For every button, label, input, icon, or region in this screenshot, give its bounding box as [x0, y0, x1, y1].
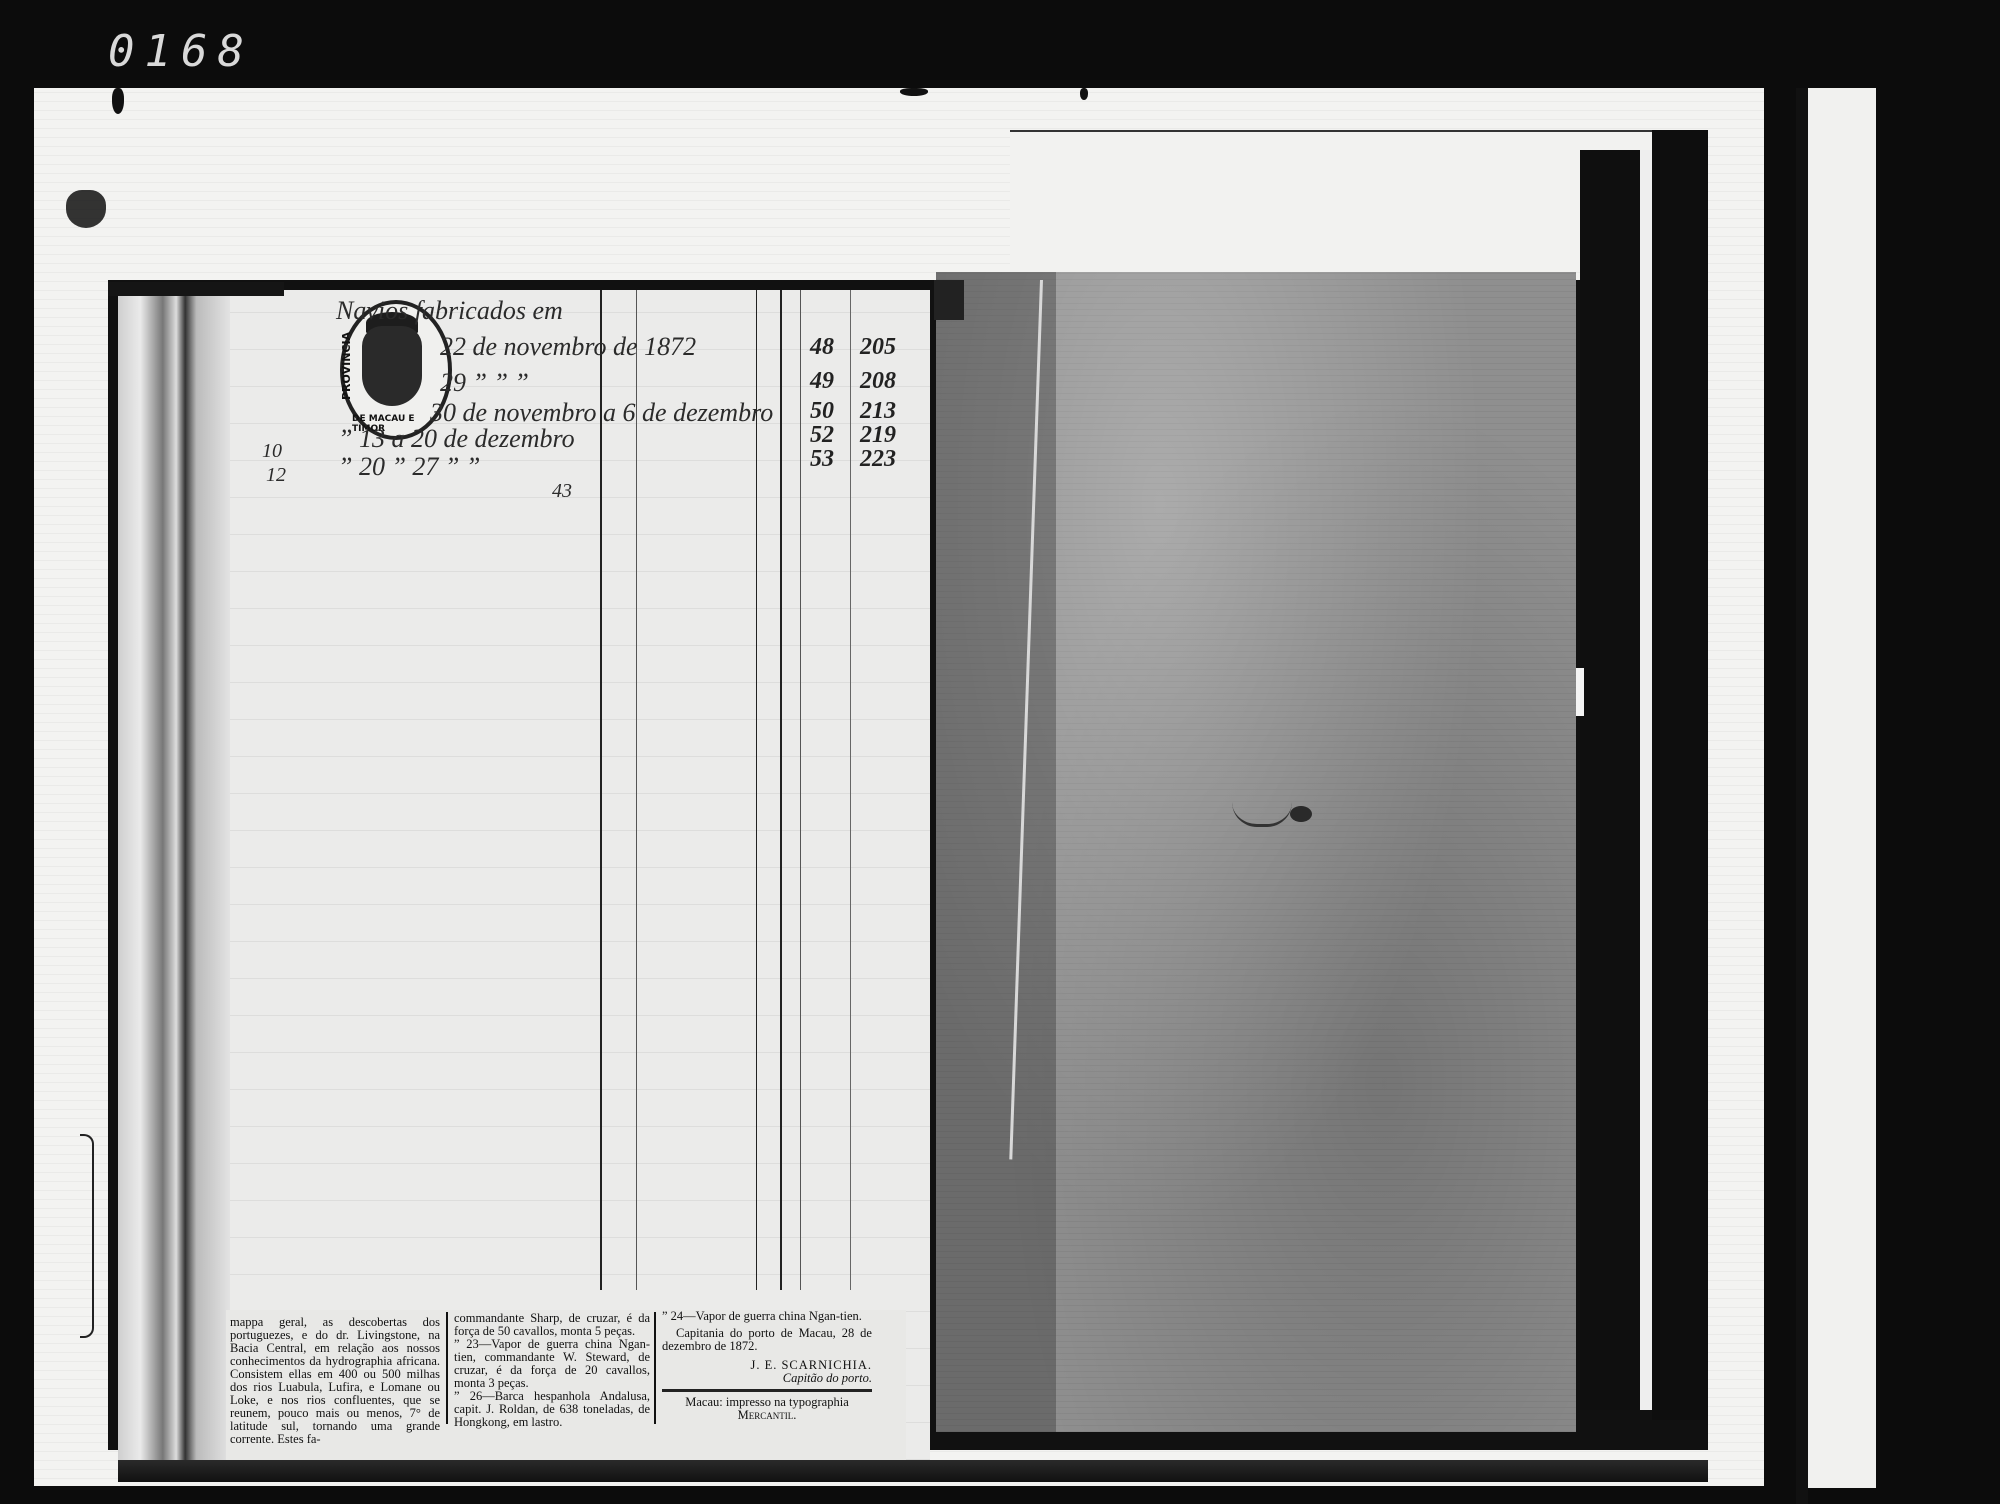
film-bottom-border: [0, 1486, 2000, 1504]
film-left-border: [0, 0, 34, 1504]
shipping-entry: commandante Sharp, de cruzar, é da força…: [454, 1312, 650, 1338]
column-divider: [446, 1312, 448, 1424]
column-divider: [654, 1312, 656, 1424]
column-rule: [756, 290, 757, 1290]
margin-note: 10: [262, 440, 282, 463]
ledger-row-col-b: 205: [860, 334, 896, 361]
bracket-mark: [80, 1134, 94, 1338]
ledger-row-date: 22 de novembro de 1872: [440, 332, 696, 362]
ledger-page: [118, 290, 930, 1460]
ledger-row-col-b: 219: [860, 422, 896, 449]
imprint-name: Mercantil.: [662, 1409, 872, 1422]
film-right-border: [1876, 0, 2000, 1504]
margin-note: 12: [266, 464, 286, 487]
ledger-row-date: 29 ” ” ”: [440, 368, 529, 398]
column-rule: [636, 290, 637, 1290]
film-right-strip: [1808, 88, 1876, 1488]
book-bottom-edge: [118, 1460, 1708, 1482]
ledger-row-col-b: 208: [860, 368, 896, 395]
clipping-column-3: ” 24—Vapor de guerra china Ngan-tien. Ca…: [662, 1310, 872, 1422]
stray-mark: 43: [552, 480, 572, 503]
ledger-row-col-a: 48: [810, 334, 834, 361]
footer-rule: [662, 1389, 872, 1392]
ledger-row-col-a: 50: [810, 398, 834, 425]
clipping-column-1: mappa geral, as descobertas dos portugue…: [230, 1316, 440, 1446]
ledger-binding-margin: [118, 290, 230, 1460]
shipping-entry: ” 24—Vapor de guerra china Ngan-tien.: [662, 1310, 872, 1323]
column-rule: [850, 290, 851, 1290]
book-page-edge: [1640, 150, 1652, 1410]
shipping-entry: ” 26—Barca hespanhola Andalusa, capit. J…: [454, 1390, 650, 1429]
ledger-row-col-b: 213: [860, 398, 896, 425]
ink-smudge: [112, 88, 124, 114]
ledger-row-col-a: 49: [810, 368, 834, 395]
stamp-top-text: PROVINCIA: [340, 332, 353, 400]
ledger-row-date: ” 13 a 20 de dezembro: [338, 424, 575, 454]
ledger-top-bar: [108, 282, 284, 296]
column-rule: [800, 290, 801, 1290]
ink-smudge: [1080, 88, 1088, 100]
signature-title: Capitão do porto.: [662, 1372, 872, 1385]
ink-smudge: [900, 88, 928, 96]
book-back-edge: [1652, 130, 1708, 1420]
coat-of-arms-icon: [362, 326, 422, 406]
shipping-entry: ” 23—Vapor de guerra china Ngan-tien, co…: [454, 1338, 650, 1390]
ledger-row-date: ” 20 ” 27 ” ”: [338, 452, 480, 482]
folio-shadow-band: [936, 272, 1056, 1432]
film-frame-divider: [1796, 88, 1808, 1504]
ledger-row-col-a: 53: [810, 446, 834, 473]
column-rule: [600, 290, 602, 1290]
ink-smudge: [66, 190, 106, 228]
book-spine-edge: [1580, 150, 1640, 1410]
frame-number: 0168: [108, 26, 254, 77]
page-top-flap: [1010, 130, 1660, 272]
ledger-row-col-b: 223: [860, 446, 896, 473]
clipping-column-2: commandante Sharp, de cruzar, é da força…: [454, 1312, 650, 1429]
place-date-line: Capitania do porto de Macau, 28 de dezem…: [662, 1327, 872, 1353]
ledger-heading: Navios fabricados em: [336, 296, 563, 326]
folio-top-clip: [934, 280, 964, 320]
ledger-row-col-a: 52: [810, 422, 834, 449]
column-rule: [780, 290, 782, 1290]
ink-blot: [1290, 806, 1312, 822]
